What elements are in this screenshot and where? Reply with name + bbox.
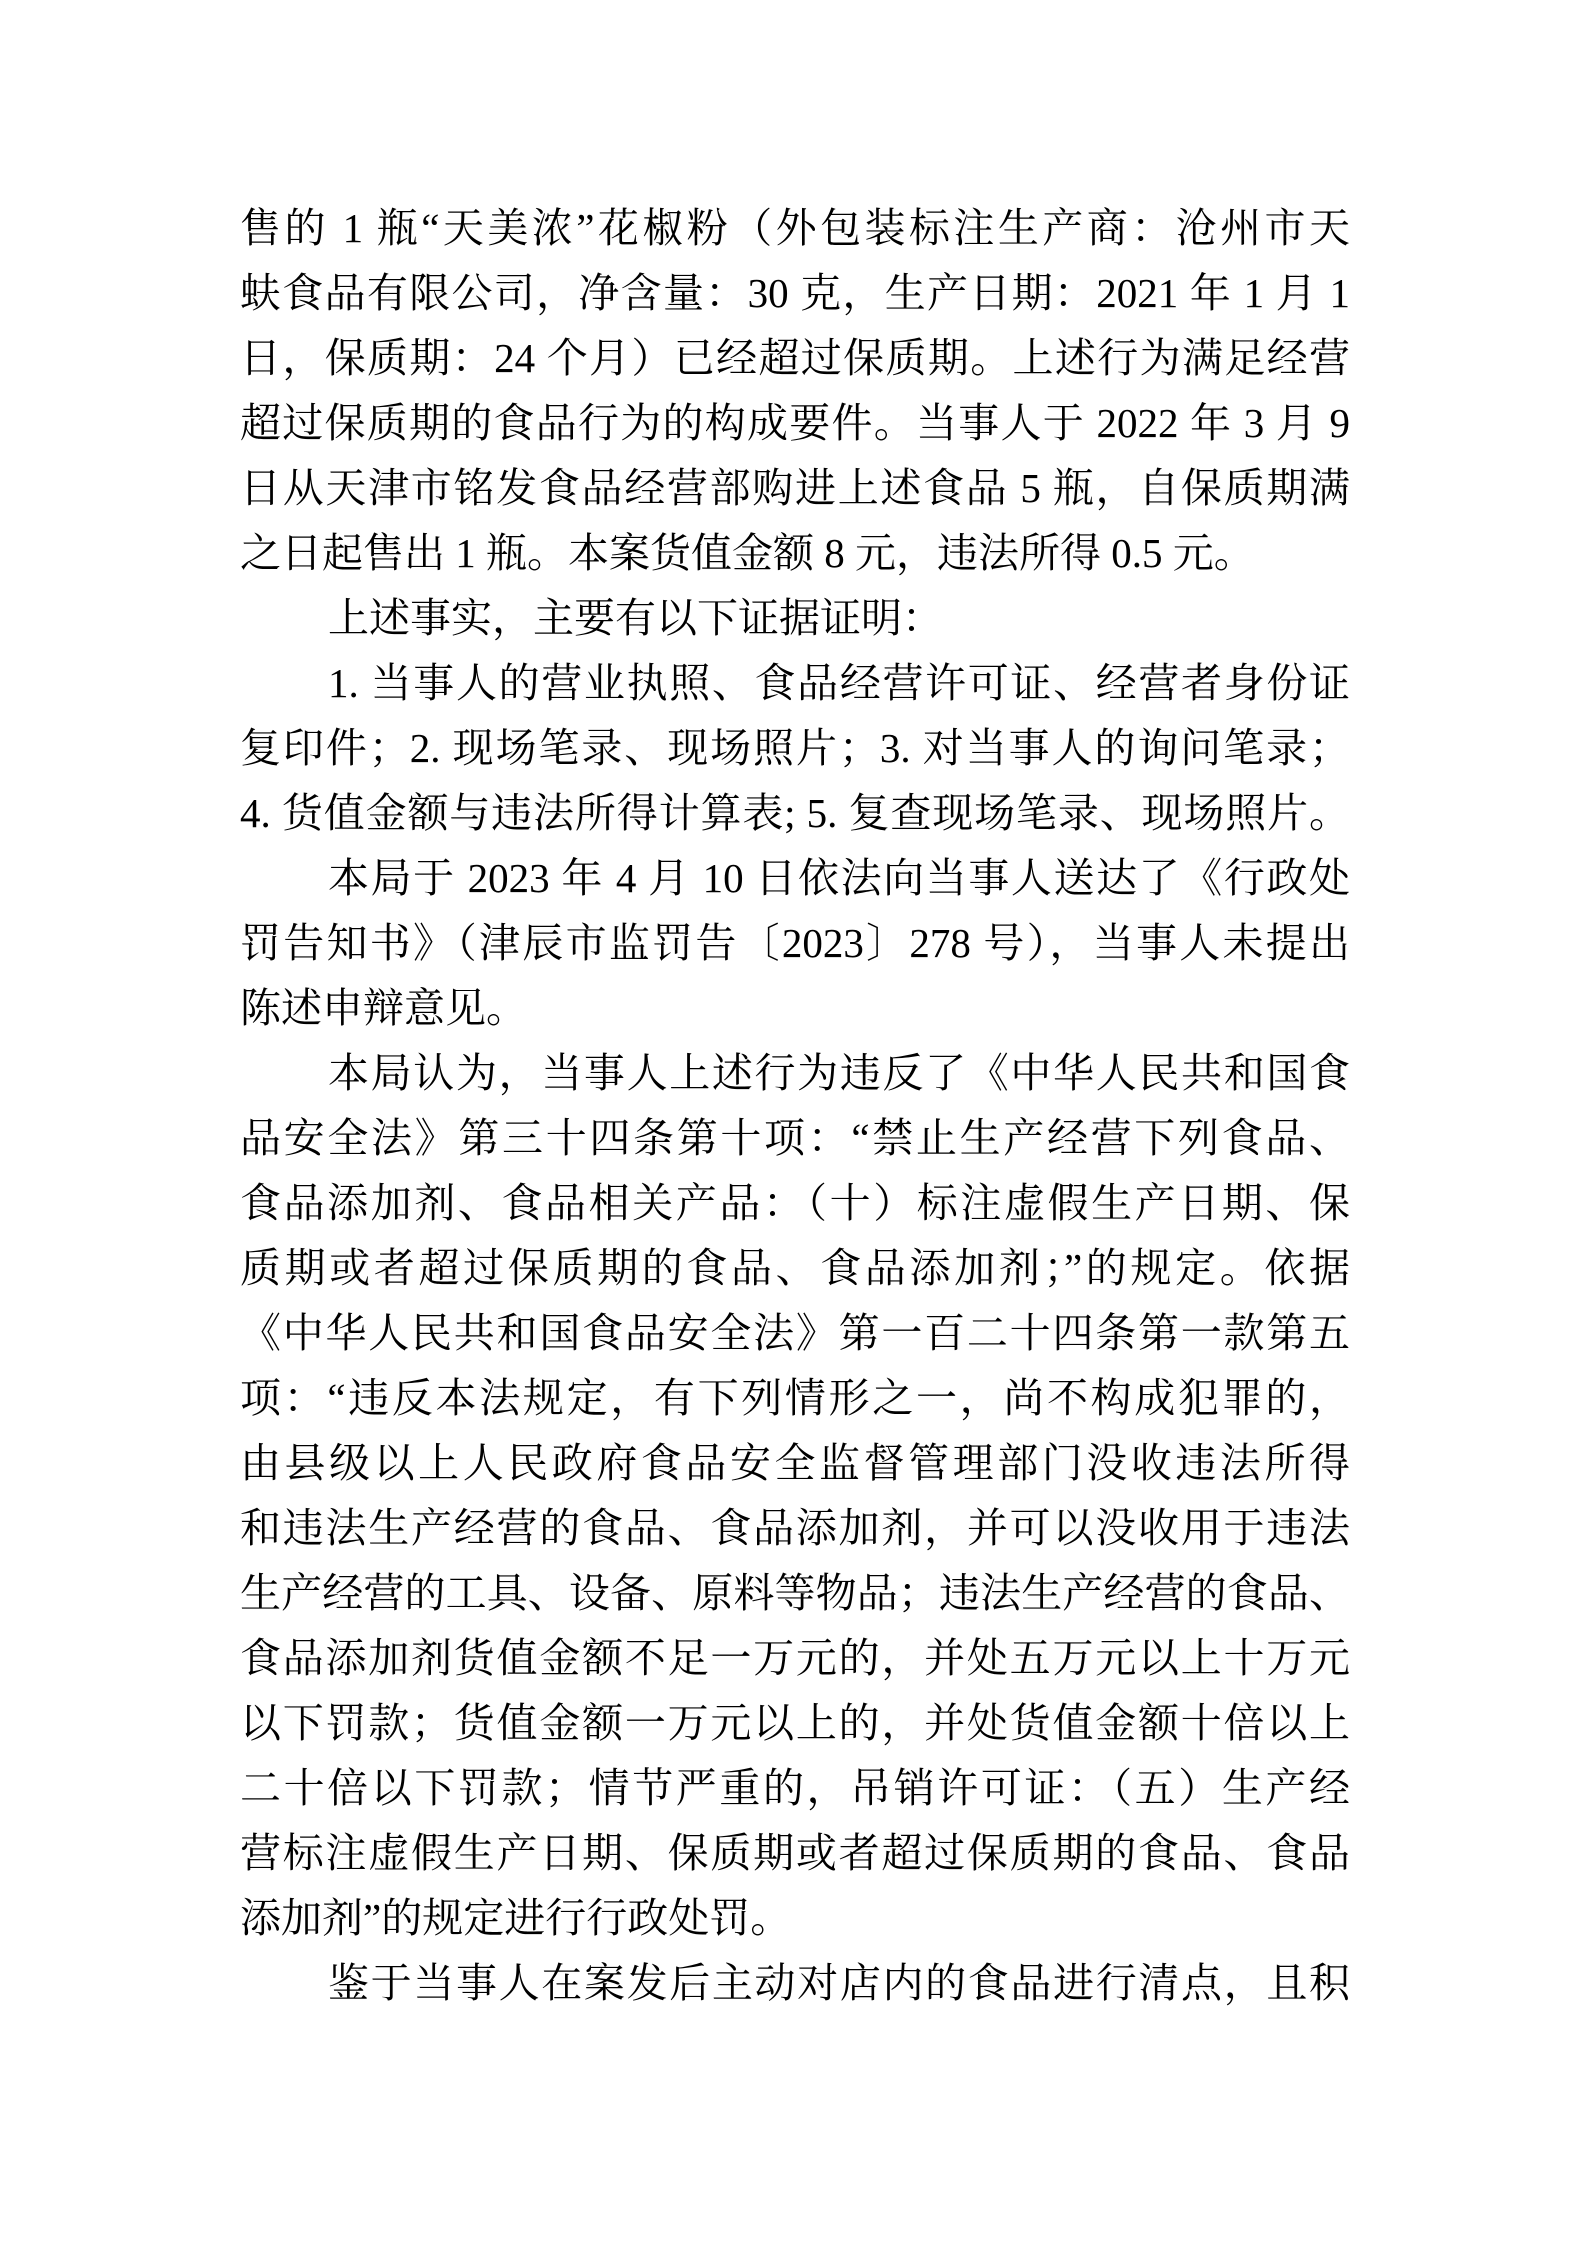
document-line: 食品添加剂、食品相关产品：（十）标注虚假生产日期、保 [240,1171,1350,1236]
document-line: 添加剂”的规定进行行政处罚。 [240,1886,1350,1951]
document-line: 超过保质期的食品行为的构成要件。当事人于 2022 年 3 月 9 [240,391,1350,456]
document-line: 之日起售出 1 瓶。本案货值金额 8 元，违法所得 0.5 元。 [240,521,1350,586]
document-line: 二十倍以下罚款；情节严重的，吊销许可证：（五）生产经 [240,1756,1350,1821]
document-line: 上述事实，主要有以下证据证明： [240,586,1350,651]
document-line: 复印件；2. 现场笔录、现场照片；3. 对当事人的询问笔录； [240,716,1350,781]
document-line: 营标注虚假生产日期、保质期或者超过保质期的食品、食品 [240,1821,1350,1886]
document-line: 蚨食品有限公司，净含量：30 克，生产日期：2021 年 1 月 1 [240,261,1350,326]
document-line: 鉴于当事人在案发后主动对店内的食品进行清点，且积 [240,1951,1350,2016]
document-page: 售的 1 瓶“天美浓”花椒粉（外包装标注生产商：沧州市天蚨食品有限公司，净含量：… [0,0,1587,2245]
document-line: 1. 当事人的营业执照、食品经营许可证、经营者身份证 [240,651,1350,716]
document-line: 食品添加剂货值金额不足一万元的，并处五万元以上十万元 [240,1626,1350,1691]
document-line: 品安全法》第三十四条第十项：“禁止生产经营下列食品、 [240,1106,1350,1171]
document-line: 陈述申辩意见。 [240,976,1350,1041]
document-line: 由县级以上人民政府食品安全监督管理部门没收违法所得 [240,1431,1350,1496]
document-line: 质期或者超过保质期的食品、食品添加剂；”的规定。依据 [240,1236,1350,1301]
document-line: 日，保质期：24 个月）已经超过保质期。上述行为满足经营 [240,326,1350,391]
document-text-block: 售的 1 瓶“天美浓”花椒粉（外包装标注生产商：沧州市天蚨食品有限公司，净含量：… [240,196,1350,2016]
document-line: 《中华人民共和国食品安全法》第一百二十四条第一款第五 [240,1301,1350,1366]
document-line: 以下罚款；货值金额一万元以上的，并处货值金额十倍以上 [240,1691,1350,1756]
document-line: 日从天津市铭发食品经营部购进上述食品 5 瓶，自保质期满 [240,456,1350,521]
document-line: 4. 货值金额与违法所得计算表; 5. 复查现场笔录、现场照片。 [240,781,1350,846]
document-line: 罚告知书》（津辰市监罚告〔2023〕278 号），当事人未提出 [240,911,1350,976]
document-line: 本局认为，当事人上述行为违反了《中华人民共和国食 [240,1041,1350,1106]
document-line: 生产经营的工具、设备、原料等物品；违法生产经营的食品、 [240,1561,1350,1626]
document-line: 本局于 2023 年 4 月 10 日依法向当事人送达了《行政处 [240,846,1350,911]
document-line: 售的 1 瓶“天美浓”花椒粉（外包装标注生产商：沧州市天 [240,196,1350,261]
document-line: 项：“违反本法规定，有下列情形之一，尚不构成犯罪的， [240,1366,1350,1431]
document-line: 和违法生产经营的食品、食品添加剂，并可以没收用于违法 [240,1496,1350,1561]
